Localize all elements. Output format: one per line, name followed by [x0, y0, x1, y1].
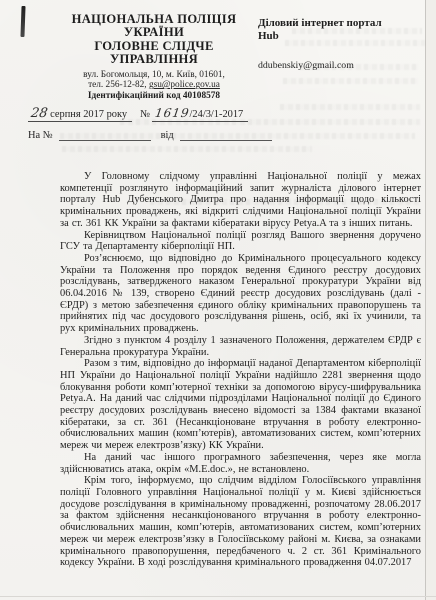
org-address: вул. Богомольця, 10, м. Київ, 01601,	[40, 70, 268, 81]
body-paragraph: Крім того, інформуємо, що слідчим відділ…	[60, 475, 421, 569]
body-paragraph: Керівництвом Національної поліції розгля…	[60, 230, 421, 253]
bleed-through-noise	[283, 78, 418, 84]
page-bottom-edge	[0, 596, 436, 597]
from-label: від	[161, 130, 174, 141]
date-field: 28 серпня 2017 року	[28, 109, 132, 122]
document-page: НАЦІОНАЛЬНА ПОЛІЦІЯ УКРАЇНИ ГОЛОВНЕ СЛІД…	[0, 0, 436, 600]
org-email: gsu@police.gov.ua	[149, 80, 220, 90]
page-edge-line	[425, 0, 426, 600]
in-reply-label: На №	[28, 130, 53, 141]
org-name-line: НАЦІОНАЛЬНА ПОЛІЦІЯ	[40, 13, 268, 26]
org-name-line: УПРАВЛІННЯ	[40, 53, 268, 66]
reference-line: 28 серпня 2017 року№1619/24/3/1-2017	[28, 106, 248, 121]
outgoing-number-field: 1619/24/3/1-2017	[152, 109, 248, 122]
in-reply-line: На №від	[28, 129, 272, 141]
org-id-code: Ідентифікаційний код 40108578	[40, 91, 268, 102]
recipient-portal-name: Hub	[258, 30, 426, 43]
recipient-portal-name: Діловий інтернет портал	[258, 17, 426, 30]
bleed-through-noise	[62, 146, 312, 152]
number-suffix: /24/3/1-2017	[190, 109, 244, 120]
body-paragraph: На даний час іншого програмного забезпеч…	[60, 452, 421, 475]
blank-underline	[180, 129, 272, 141]
page-edge-shade	[426, 0, 436, 600]
number-sign: №	[140, 109, 150, 120]
pen-mark	[20, 6, 25, 37]
org-phone-line: тел. 256-12-82, gsu@police.gov.ua	[40, 80, 268, 91]
recipient-block: Діловий інтернет портал Hub ddubenskiy@g…	[258, 17, 426, 71]
org-name-line: УКРАЇНИ	[40, 26, 268, 39]
date-text: серпня 2017 року	[50, 109, 127, 120]
bleed-through-noise	[280, 104, 420, 110]
blank-underline	[59, 129, 151, 141]
recipient-email: ddubenskiy@gmail.com	[258, 60, 426, 71]
org-name-line: ГОЛОВНЕ СЛІДЧЕ	[40, 40, 268, 53]
body-paragraph: Роз’яснюємо, що відповідно до Кримінальн…	[60, 253, 421, 335]
body-paragraph: Разом з тим, відповідно до інформації на…	[60, 358, 421, 452]
body-paragraph: Згідно з пунктом 4 розділу 1 зазначеного…	[60, 335, 421, 358]
org-phone: тел. 256-12-82,	[88, 80, 149, 90]
letter-body: У Головному слідчому управлінні Націонал…	[60, 171, 421, 569]
handwritten-number: 1619	[154, 106, 191, 120]
body-paragraph: У Головному слідчому управлінні Націонал…	[60, 171, 421, 230]
letterhead: НАЦІОНАЛЬНА ПОЛІЦІЯ УКРАЇНИ ГОЛОВНЕ СЛІД…	[40, 13, 268, 101]
handwritten-day: 28	[30, 106, 49, 121]
